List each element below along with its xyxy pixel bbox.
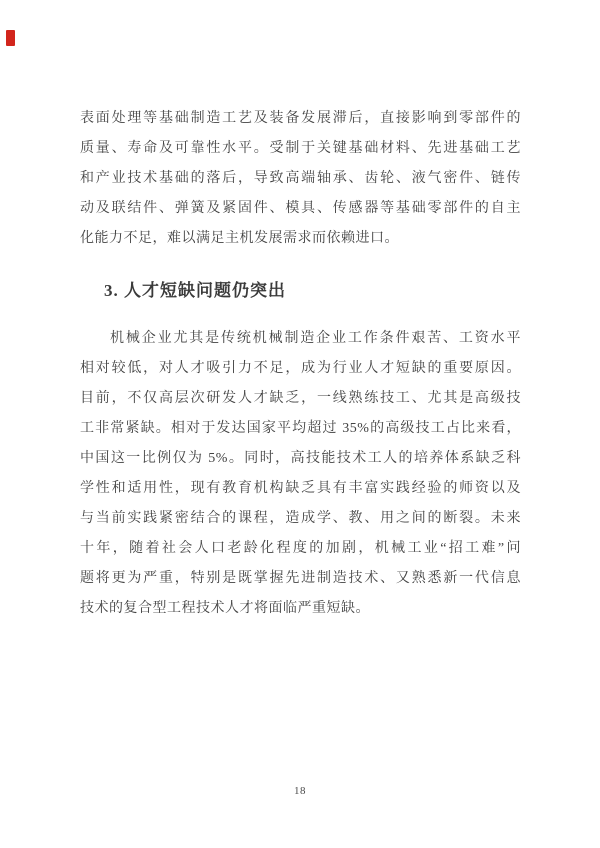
text-line: 与当前实践紧密结合的课程，造成学、教、用之间的断裂。未来 [80,504,521,534]
text-line: 中国这一比例仅为 5%。同时，高技能技术工人的培养体系缺乏科 [80,444,521,474]
text-line: 题将更为严重，特别是既掌握先进制造技术、又熟悉新一代信息 [80,564,521,594]
text-line: 化能力不足，难以满足主机发展需求而依赖进口。 [80,224,521,254]
text-line: 相对较低，对人才吸引力不足，成为行业人才短缺的重要原因。 [80,354,521,384]
document-page: 表面处理等基础制造工艺及装备发展滞后，直接影响到零部件的质量、寿命及可靠性水平。… [0,0,600,848]
red-mark [6,30,15,46]
text-line: 十年，随着社会人口老龄化程度的加剧，机械工业“招工难”问 [80,534,521,564]
text-line: 表面处理等基础制造工艺及装备发展滞后，直接影响到零部件的 [80,104,521,134]
section-heading: 3. 人才短缺问题仍突出 [104,276,286,306]
text-line: 机械企业尤其是传统机械制造企业工作条件艰苦、工资水平 [80,324,521,354]
text-line: 动及联结件、弹簧及紧固件、模具、传感器等基础零部件的自主 [80,194,521,224]
text-line: 质量、寿命及可靠性水平。受制于关键基础材料、先进基础工艺 [80,134,521,164]
text-line: 学性和适用性，现有教育机构缺乏具有丰富实践经验的师资以及 [80,474,521,504]
text-line: 和产业技术基础的落后，导致高端轴承、齿轮、液气密件、链传 [80,164,521,194]
text-line: 目前，不仅高层次研发人才缺乏，一线熟练技工、尤其是高级技 [80,384,521,414]
paragraph-basic-components: 表面处理等基础制造工艺及装备发展滞后，直接影响到零部件的质量、寿命及可靠性水平。… [80,104,521,254]
page-number: 18 [0,785,600,797]
text-line: 工非常紧缺。相对于发达国家平均超过 35%的高级技工占比来看， [80,414,521,444]
paragraph-talent-shortage: 机械企业尤其是传统机械制造企业工作条件艰苦、工资水平相对较低，对人才吸引力不足，… [80,324,521,624]
text-line: 技术的复合型工程技术人才将面临严重短缺。 [80,594,521,624]
